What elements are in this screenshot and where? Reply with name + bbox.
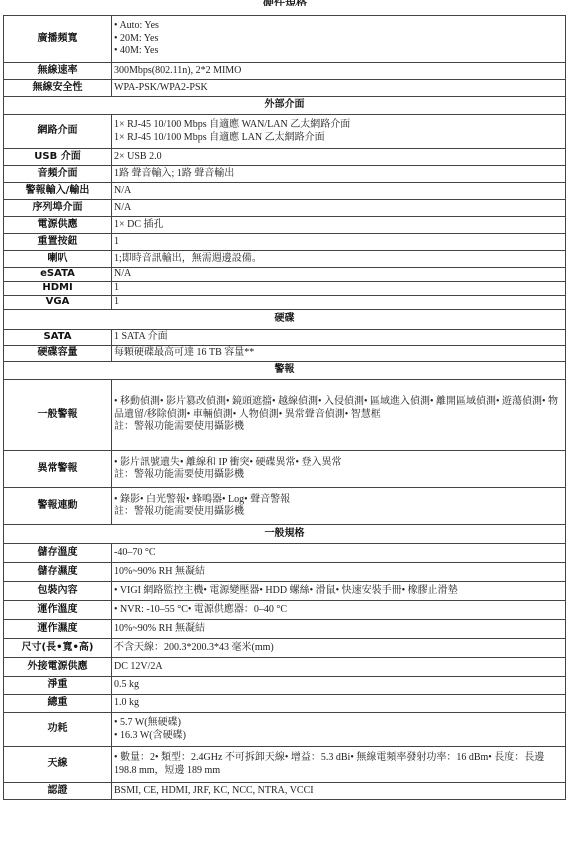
spec-label: 喇叭 [4,251,112,268]
spec-value: 10%~90% RH 無凝結 [112,563,566,582]
spec-value: WPA-PSK/WPA2-PSK [112,80,566,97]
spec-label: 尺寸(長•寬•高) [4,639,112,658]
spec-value-line: • 影片訊號遺失• 離線和 IP 衝突• 硬碟異常• 登入異常 [114,457,563,470]
spec-value: BSMI, CE, HDMI, JRF, KC, NCC, NTRA, VCCI [112,783,566,800]
spec-value: 1;即時音訊輸出，無需週邊設備。 [112,251,566,268]
spec-value-line: 1 [114,236,563,249]
spec-row: 外接電源供應DC 12V/2A [4,658,566,677]
spec-value: -40–70 °C [112,544,566,563]
spec-value: 10%~90% RH 無凝結 [112,620,566,639]
spec-label: 警報輸入/輸出 [4,183,112,200]
spec-value-line: 每顆硬碟最高可達 16 TB 容量** [114,347,563,360]
spec-row: SATA1 SATA 介面 [4,330,566,346]
spec-value: • 移動偵測• 影片篡改偵測• 鏡頭遮擋• 越線偵測• 入侵偵測• 區域進入偵測… [112,380,566,451]
spec-label: 警報連動 [4,488,112,525]
spec-value-line: -40–70 °C [114,547,563,560]
section-title: 一般規格 [4,525,566,544]
spec-value-line: • 20M: Yes [114,33,563,46]
spec-label: 運作溫度 [4,601,112,620]
spec-row: 儲存溫度-40–70 °C [4,544,566,563]
spec-value: 1路 聲音輸入; 1路 聲音輸出 [112,166,566,183]
spec-value: 1× DC 插孔 [112,217,566,234]
spec-value-line: • 錄影• 白光警報• 蜂鳴器• Log• 聲音警報 [114,494,563,507]
spec-value-line: 1× RJ-45 10/100 Mbps 自適應 LAN 乙太網路介面 [114,132,563,145]
spec-row: 無線安全性WPA-PSK/WPA2-PSK [4,80,566,97]
spec-value-line: • Auto: Yes [114,20,563,33]
spec-value-line: N/A [114,185,563,198]
spec-row: 儲存濕度10%~90% RH 無凝結 [4,563,566,582]
spec-value-line: 10%~90% RH 無凝結 [114,566,563,579]
spec-label: VGA [4,296,112,310]
spec-value: 2× USB 2.0 [112,149,566,166]
section-header-row: 硬碟 [4,310,566,330]
spec-row: 尺寸(長•寬•高)不含天線：200.3*200.3*43 毫米(mm) [4,639,566,658]
spec-value: • 5.7 W(無硬碟)• 16.3 W(含硬碟) [112,713,566,747]
spec-table: 廣播頻寬• Auto: Yes• 20M: Yes• 40M: Yes無線速率3… [3,15,566,800]
spec-row: 運作濕度10%~90% RH 無凝結 [4,620,566,639]
spec-label: 運作濕度 [4,620,112,639]
spec-row: 淨重0.5 kg [4,677,566,695]
section-title: 外部介面 [4,97,566,115]
spec-row: 運作溫度• NVR: -10–55 °C• 電源供應器：0–40 °C [4,601,566,620]
spec-row: 音頻介面1路 聲音輸入; 1路 聲音輸出 [4,166,566,183]
section-header-row: 外部介面 [4,97,566,115]
spec-value: 1× RJ-45 10/100 Mbps 自適應 WAN/LAN 乙太網路介面1… [112,115,566,149]
spec-label: 總重 [4,695,112,713]
spec-row: 網路介面1× RJ-45 10/100 Mbps 自適應 WAN/LAN 乙太網… [4,115,566,149]
spec-label: 淨重 [4,677,112,695]
spec-value: 0.5 kg [112,677,566,695]
spec-value: 1 [112,282,566,296]
section-title: 警報 [4,362,566,380]
spec-label: 天線 [4,747,112,783]
spec-row: 功耗• 5.7 W(無硬碟)• 16.3 W(含硬碟) [4,713,566,747]
spec-label: eSATA [4,268,112,282]
spec-row: 一般警報• 移動偵測• 影片篡改偵測• 鏡頭遮擋• 越線偵測• 入侵偵測• 區域… [4,380,566,451]
spec-row: 警報輸入/輸出N/A [4,183,566,200]
spec-value-line: 1 [114,282,563,295]
spec-value-line: • 5.7 W(無硬碟) [114,717,563,730]
spec-value: N/A [112,200,566,217]
section-title: 硬碟 [4,310,566,330]
spec-value: 300Mbps(802.11n), 2*2 MIMO [112,63,566,80]
spec-label: 音頻介面 [4,166,112,183]
spec-value: 1 [112,234,566,251]
spec-label: 外接電源供應 [4,658,112,677]
spec-value-line: • NVR: -10–55 °C• 電源供應器：0–40 °C [114,604,563,617]
spec-value-line: 不含天線：200.3*200.3*43 毫米(mm) [114,642,563,655]
spec-row: eSATAN/A [4,268,566,282]
spec-value-line: 註：警報功能需要使用攝影機 [114,421,563,434]
spec-value-line: • 40M: Yes [114,45,563,58]
spec-row: 電源供應1× DC 插孔 [4,217,566,234]
spec-row: VGA1 [4,296,566,310]
spec-value-line: BSMI, CE, HDMI, JRF, KC, NCC, NTRA, VCCI [114,785,563,798]
spec-value: 每顆硬碟最高可達 16 TB 容量** [112,346,566,362]
spec-row: 廣播頻寬• Auto: Yes• 20M: Yes• 40M: Yes [4,16,566,63]
spec-label: 功耗 [4,713,112,747]
spec-label: 儲存溫度 [4,544,112,563]
spec-value: • NVR: -10–55 °C• 電源供應器：0–40 °C [112,601,566,620]
spec-label: 無線安全性 [4,80,112,97]
spec-row: 喇叭1;即時音訊輸出，無需週邊設備。 [4,251,566,268]
spec-value: DC 12V/2A [112,658,566,677]
spec-value-line: DC 12V/2A [114,661,563,674]
spec-value-line: • 16.3 W(含硬碟) [114,730,563,743]
section-header-row: 警報 [4,362,566,380]
spec-table-body: 廣播頻寬• Auto: Yes• 20M: Yes• 40M: Yes無線速率3… [4,16,566,800]
spec-value-line: 1.0 kg [114,697,563,710]
spec-value-line: N/A [114,268,563,281]
spec-label: 異常警報 [4,451,112,488]
spec-label: HDMI [4,282,112,296]
spec-value-line: 300Mbps(802.11n), 2*2 MIMO [114,65,563,78]
spec-value: • 影片訊號遺失• 離線和 IP 衝突• 硬碟異常• 登入異常註：警報功能需要使… [112,451,566,488]
spec-value-line: 註：警報功能需要使用攝影機 [114,469,563,482]
spec-label: 包裝內容 [4,582,112,601]
spec-value-line: 1 [114,296,563,309]
spec-value-line: 1 SATA 介面 [114,331,563,344]
spec-label: 廣播頻寬 [4,16,112,63]
spec-value: • Auto: Yes• 20M: Yes• 40M: Yes [112,16,566,63]
spec-value-line: • 移動偵測• 影片篡改偵測• 鏡頭遮擋• 越線偵測• 入侵偵測• 區域進入偵測… [114,396,563,421]
spec-value: 1.0 kg [112,695,566,713]
spec-value: 1 SATA 介面 [112,330,566,346]
spec-row: 天線• 數量：2• 類型：2.4GHz 不可拆卸天線• 增益：5.3 dBi• … [4,747,566,783]
spec-row: 警報連動• 錄影• 白光警報• 蜂鳴器• Log• 聲音警報註：警報功能需要使用… [4,488,566,525]
spec-label: SATA [4,330,112,346]
spec-row: 總重1.0 kg [4,695,566,713]
spec-value: • VIGI 網路監控主機• 電源變壓器• HDD 螺絲• 滑鼠• 快速安裝手冊… [112,582,566,601]
spec-value-line: 1路 聲音輸入; 1路 聲音輸出 [114,168,563,181]
spec-row: USB 介面2× USB 2.0 [4,149,566,166]
spec-value-line: 0.5 kg [114,679,563,692]
spec-label: 認證 [4,783,112,800]
spec-label: USB 介面 [4,149,112,166]
spec-value-line: • 數量：2• 類型：2.4GHz 不可拆卸天線• 增益：5.3 dBi• 無線… [114,752,563,777]
spec-label: 硬碟容量 [4,346,112,362]
spec-label: 無線速率 [4,63,112,80]
spec-value-line: WPA-PSK/WPA2-PSK [114,82,563,95]
spec-value-line: 註：警報功能需要使用攝影機 [114,506,563,519]
spec-value: • 錄影• 白光警報• 蜂鳴器• Log• 聲音警報註：警報功能需要使用攝影機 [112,488,566,525]
spec-value-line: 2× USB 2.0 [114,151,563,164]
spec-row: 包裝內容• VIGI 網路監控主機• 電源變壓器• HDD 螺絲• 滑鼠• 快速… [4,582,566,601]
spec-value: 1 [112,296,566,310]
spec-row: 無線速率300Mbps(802.11n), 2*2 MIMO [4,63,566,80]
spec-label: 序列埠介面 [4,200,112,217]
spec-value-line: 1× RJ-45 10/100 Mbps 自適應 WAN/LAN 乙太網路介面 [114,119,563,132]
spec-value-line: 1× DC 插孔 [114,219,563,232]
spec-value: • 數量：2• 類型：2.4GHz 不可拆卸天線• 增益：5.3 dBi• 無線… [112,747,566,783]
spec-label: 重置按鈕 [4,234,112,251]
spec-label: 儲存濕度 [4,563,112,582]
spec-value: N/A [112,268,566,282]
spec-value-line: 1;即時音訊輸出，無需週邊設備。 [114,253,563,266]
spec-label: 一般警報 [4,380,112,451]
spec-row: 硬碟容量每顆硬碟最高可達 16 TB 容量** [4,346,566,362]
spec-label: 網路介面 [4,115,112,149]
spec-row: 異常警報• 影片訊號遺失• 離線和 IP 衝突• 硬碟異常• 登入異常註：警報功… [4,451,566,488]
spec-value-line: 10%~90% RH 無凝結 [114,623,563,636]
spec-value: 不含天線：200.3*200.3*43 毫米(mm) [112,639,566,658]
section-header-row: 一般規格 [4,525,566,544]
spec-row: 認證BSMI, CE, HDMI, JRF, KC, NCC, NTRA, VC… [4,783,566,800]
spec-value: N/A [112,183,566,200]
spec-value-line: • VIGI 網路監控主機• 電源變壓器• HDD 螺絲• 滑鼠• 快速安裝手冊… [114,585,563,598]
spec-label: 電源供應 [4,217,112,234]
spec-value-line: N/A [114,202,563,215]
spec-row: HDMI1 [4,282,566,296]
spec-row: 重置按鈕1 [4,234,566,251]
page-title: 硬件規格 [0,0,570,6]
spec-row: 序列埠介面N/A [4,200,566,217]
